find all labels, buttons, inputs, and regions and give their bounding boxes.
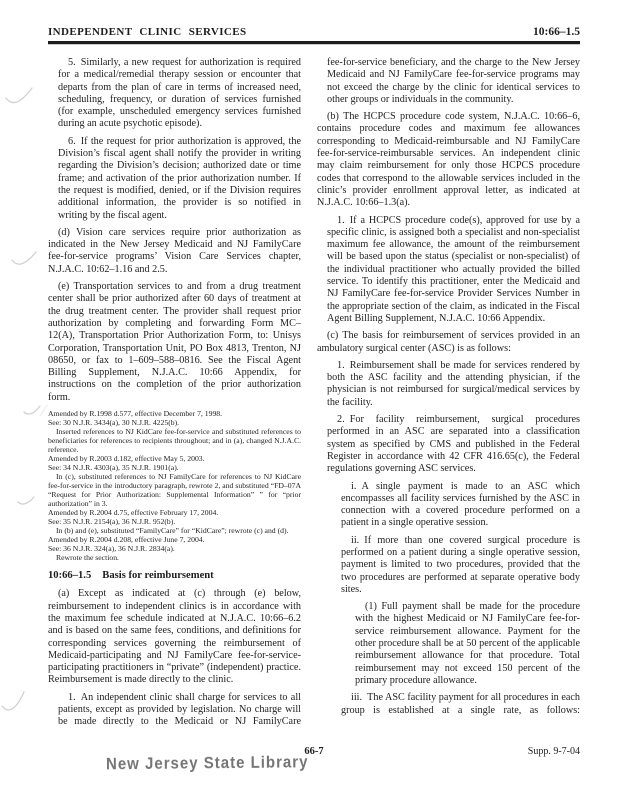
paragraph-c2: 2. For facility reimbursement, surgical … bbox=[327, 414, 580, 475]
right-column: fee-for-service beneficiary, and the cha… bbox=[317, 57, 580, 747]
running-header: INDEPENDENT CLINIC SERVICES 10:66–1.5 bbox=[48, 26, 580, 44]
paragraph-c2-iii: iii. The ASC facility payment for all pr… bbox=[341, 692, 580, 717]
amendment-note: In (b) and (e), substituted “FamilyCare”… bbox=[48, 526, 301, 535]
section-title: Basis for reimbursement bbox=[102, 570, 213, 581]
paragraph-c: (c) The basis for reimbursement of servi… bbox=[317, 330, 580, 355]
section-number: 10:66–1.5 bbox=[48, 570, 91, 581]
pencil-mark bbox=[12, 252, 36, 264]
amendment-note: Rewrote the section. bbox=[48, 553, 301, 562]
paragraph-c2-ii-1: (1) Full payment shall be made for the p… bbox=[355, 601, 580, 687]
amendment-note: Inserted references to NJ KidCare fee-fo… bbox=[48, 427, 301, 454]
amendment-entry: Amended by R.1998 d.577, effective Decem… bbox=[48, 409, 301, 418]
amendment-citation: See: 34 N.J.R. 4303(a), 35 N.J.R. 1901(a… bbox=[48, 463, 301, 472]
document-page: INDEPENDENT CLINIC SERVICES 10:66–1.5 5.… bbox=[0, 0, 618, 800]
paragraph-d: (d) Vision care services require prior a… bbox=[48, 227, 301, 276]
amendment-entry: Amended by R.2003 d.182, effective May 5… bbox=[48, 454, 301, 463]
amendment-citation: See: 35 N.J.R. 2154(a), 36 N.J.R. 952(b)… bbox=[48, 517, 301, 526]
paragraph-item-5: 5. Similarly, a new request for authoriz… bbox=[58, 57, 301, 131]
amendment-note: In (c), substituted references to NJ Fam… bbox=[48, 472, 301, 508]
library-stamp: New Jersey State Library bbox=[106, 753, 309, 773]
paragraph-c2-i: i. A single payment is made to an ASC wh… bbox=[341, 481, 580, 530]
pencil-mark bbox=[2, 692, 24, 710]
paragraph-c2-ii: ii. If more than one covered surgical pr… bbox=[341, 535, 580, 596]
section-heading: 10:66–1.5Basis for reimbursement bbox=[48, 570, 301, 582]
pencil-mark bbox=[18, 497, 34, 504]
paragraph-a1: 1. An independent clinic shall charge fo… bbox=[58, 692, 301, 729]
amendment-entry: Amended by R.2004 d.208, effective June … bbox=[48, 535, 301, 544]
paragraph-b1: 1. If a HCPCS procedure code(s), approve… bbox=[327, 215, 580, 326]
paragraph-e: (e) Transportation services to and from … bbox=[48, 281, 301, 404]
paragraph-a1-continuation: fee-for-service beneficiary, and the cha… bbox=[327, 57, 580, 106]
amendment-citation: See: 30 N.J.R. 3434(a), 30 N.J.R. 4225(b… bbox=[48, 418, 301, 427]
running-header-section-number: 10:66–1.5 bbox=[533, 26, 580, 38]
amendment-history: Amended by R.1998 d.577, effective Decem… bbox=[48, 409, 301, 562]
paragraph-c1: 1. Reimbursement shall be made for servi… bbox=[327, 360, 580, 409]
running-header-title: INDEPENDENT CLINIC SERVICES bbox=[48, 26, 247, 38]
pencil-mark bbox=[40, 405, 47, 416]
pencil-mark bbox=[24, 406, 40, 414]
paragraph-b: (b) The HCPCS procedure code system, N.J… bbox=[317, 111, 580, 209]
supplement-date: Supp. 9-7-04 bbox=[528, 746, 580, 757]
amendment-entry: Amended by R.2004 d.75, effective Februa… bbox=[48, 508, 301, 517]
content-columns: 5. Similarly, a new request for authoriz… bbox=[48, 57, 580, 747]
amendment-citation: See: 36 N.J.R. 324(a), 36 N.J.R. 2834(a)… bbox=[48, 544, 301, 553]
paragraph-a: (a) Except as indicated at (c) through (… bbox=[48, 588, 301, 686]
paragraph-item-6: 6. If the request for prior authorizatio… bbox=[58, 136, 301, 222]
left-column: 5. Similarly, a new request for authoriz… bbox=[48, 57, 301, 747]
pencil-mark bbox=[6, 88, 32, 103]
